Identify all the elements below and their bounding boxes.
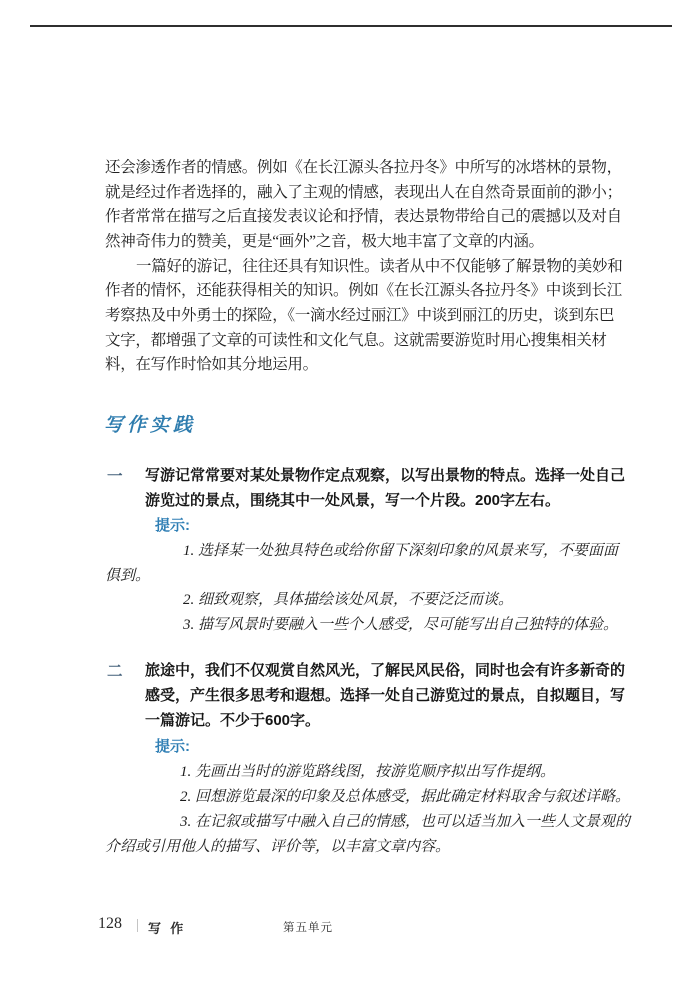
hint-line: 2. 细致观察，具体描绘该处风景，不要泛泛而谈。: [183, 588, 513, 612]
text-line: 料，在写作时恰如其分地运用。: [105, 353, 318, 377]
hint-line: 俱到。: [105, 564, 150, 588]
hint-label: 提示:: [155, 735, 190, 756]
text-line: 就是经过作者选择的，融入了主观的情感，表现出人在自然奇景面前的渺小；: [105, 181, 622, 205]
text-line: 游览过的景点，围绕其中一处风景，写一个片段。200字左右。: [145, 489, 560, 513]
text-line: 还会渗透作者的情感。例如《在长江源头各拉丹冬》中所写的冰塔林的景物，: [105, 156, 622, 180]
text-line: 文字，都增强了文章的可读性和文化气息。这就需要游览时用心搜集相关材: [105, 329, 607, 353]
text-line: 旅途中，我们不仅观赏自然风光，了解民风民俗，同时也会有许多新奇的: [145, 659, 625, 683]
hint-line: 1. 先画出当时的游览路线图，按游览顺序拟出写作提纲。: [180, 760, 555, 784]
hint-line: 3. 描写风景时要融入一些个人感受，尽可能写出自己独特的体验。: [183, 613, 618, 637]
textbook-page: 还会渗透作者的情感。例如《在长江源头各拉丹冬》中所写的冰塔林的景物， 就是经过作…: [0, 0, 700, 989]
text-line: 作者常常在描写之后直接发表议论和抒情，表达景物带给自己的震撼以及对自: [105, 205, 622, 229]
hint-line: 2. 回想游览最深的印象及总体感受，据此确定材料取舍与叙述详略。: [180, 785, 630, 809]
footer-unit-label: 第五单元: [283, 919, 333, 935]
exercise-number: 一: [107, 464, 123, 486]
hint-line: 3. 在记叙或描写中融入自己的情感，也可以适当加入一些人文景观的: [180, 810, 630, 834]
text-line: 一篇游记。不少于600字。: [145, 709, 320, 733]
text-line: 作者的情怀，还能获得相关的知识。例如《在长江源头各拉丹冬》中谈到长江: [105, 279, 622, 303]
exercise-number: 二: [107, 659, 123, 681]
top-rule: [30, 25, 672, 27]
text-line: 考察热及中外勇士的探险，《一滴水经过丽江》中谈到丽江的历史，谈到东巴: [105, 304, 614, 328]
page-number: 128: [98, 915, 122, 933]
footer-divider: [137, 919, 138, 932]
hint-line: 1. 选择某一处独具特色或给你留下深刻印象的风景来写，不要面面: [183, 539, 618, 563]
text-line: 然神奇伟力的赞美，更是“画外”之音，极大地丰富了文章的内涵。: [105, 230, 544, 254]
footer-section-label: 写 作: [148, 918, 186, 937]
text-line: 感受，产生很多思考和遐想。选择一处自己游览过的景点，自拟题目，写: [145, 684, 625, 708]
hint-label: 提示:: [155, 514, 190, 535]
hint-line: 介绍或引用他人的描写、评价等，以丰富文章内容。: [105, 835, 450, 859]
text-line: 一篇好的游记，往往还具有知识性。读者从中不仅能够了解景物的美妙和: [136, 255, 622, 279]
section-title: 写作实践: [104, 410, 196, 437]
text-line: 写游记常常要对某处景物作定点观察，以写出景物的特点。选择一处自己: [145, 464, 625, 488]
